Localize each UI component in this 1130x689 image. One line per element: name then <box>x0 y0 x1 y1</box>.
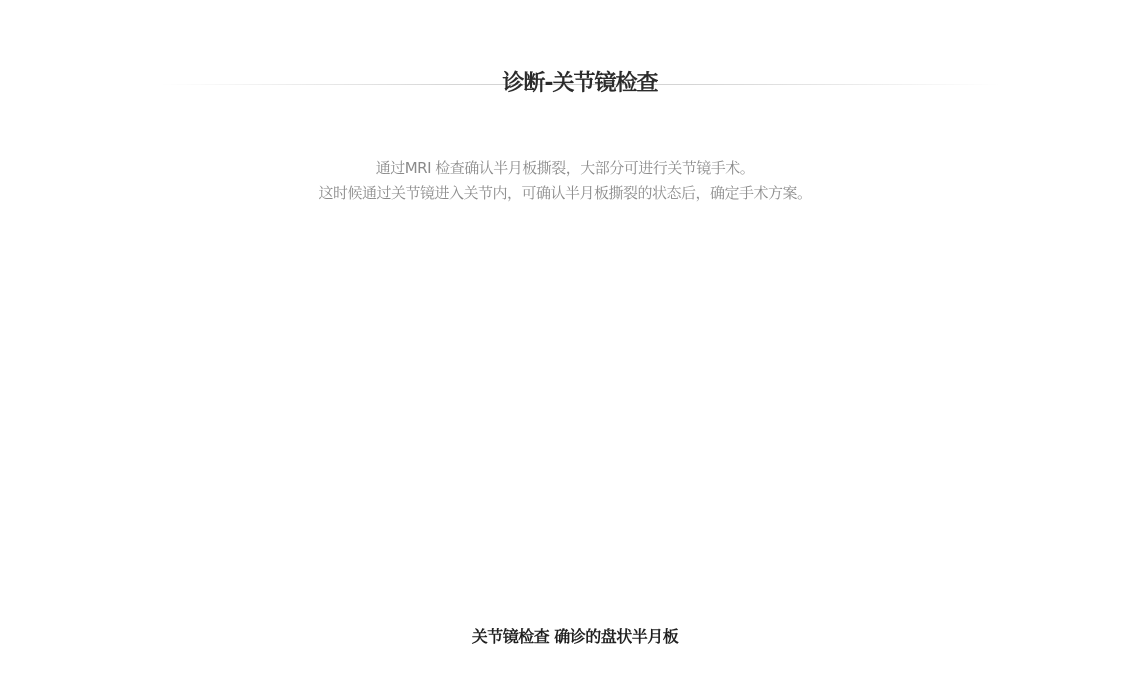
figure-caption: 关节镜检查 确诊的盘状半月板 <box>0 625 1130 649</box>
section-header: 诊断-关节镜检查 <box>160 62 1000 106</box>
figure-image-placeholder <box>160 225 970 605</box>
section-description: 通过MRI 检查确认半月板撕裂，大部分可进行关节镜手术。 这时候通过关节镜进入关… <box>0 156 1130 206</box>
page-title: 诊断-关节镜检查 <box>160 68 1000 100</box>
description-line-2: 这时候通过关节镜进入关节内，可确认半月板撕裂的状态后，确定手术方案。 <box>0 181 1130 206</box>
description-line-1: 通过MRI 检查确认半月板撕裂，大部分可进行关节镜手术。 <box>0 156 1130 181</box>
